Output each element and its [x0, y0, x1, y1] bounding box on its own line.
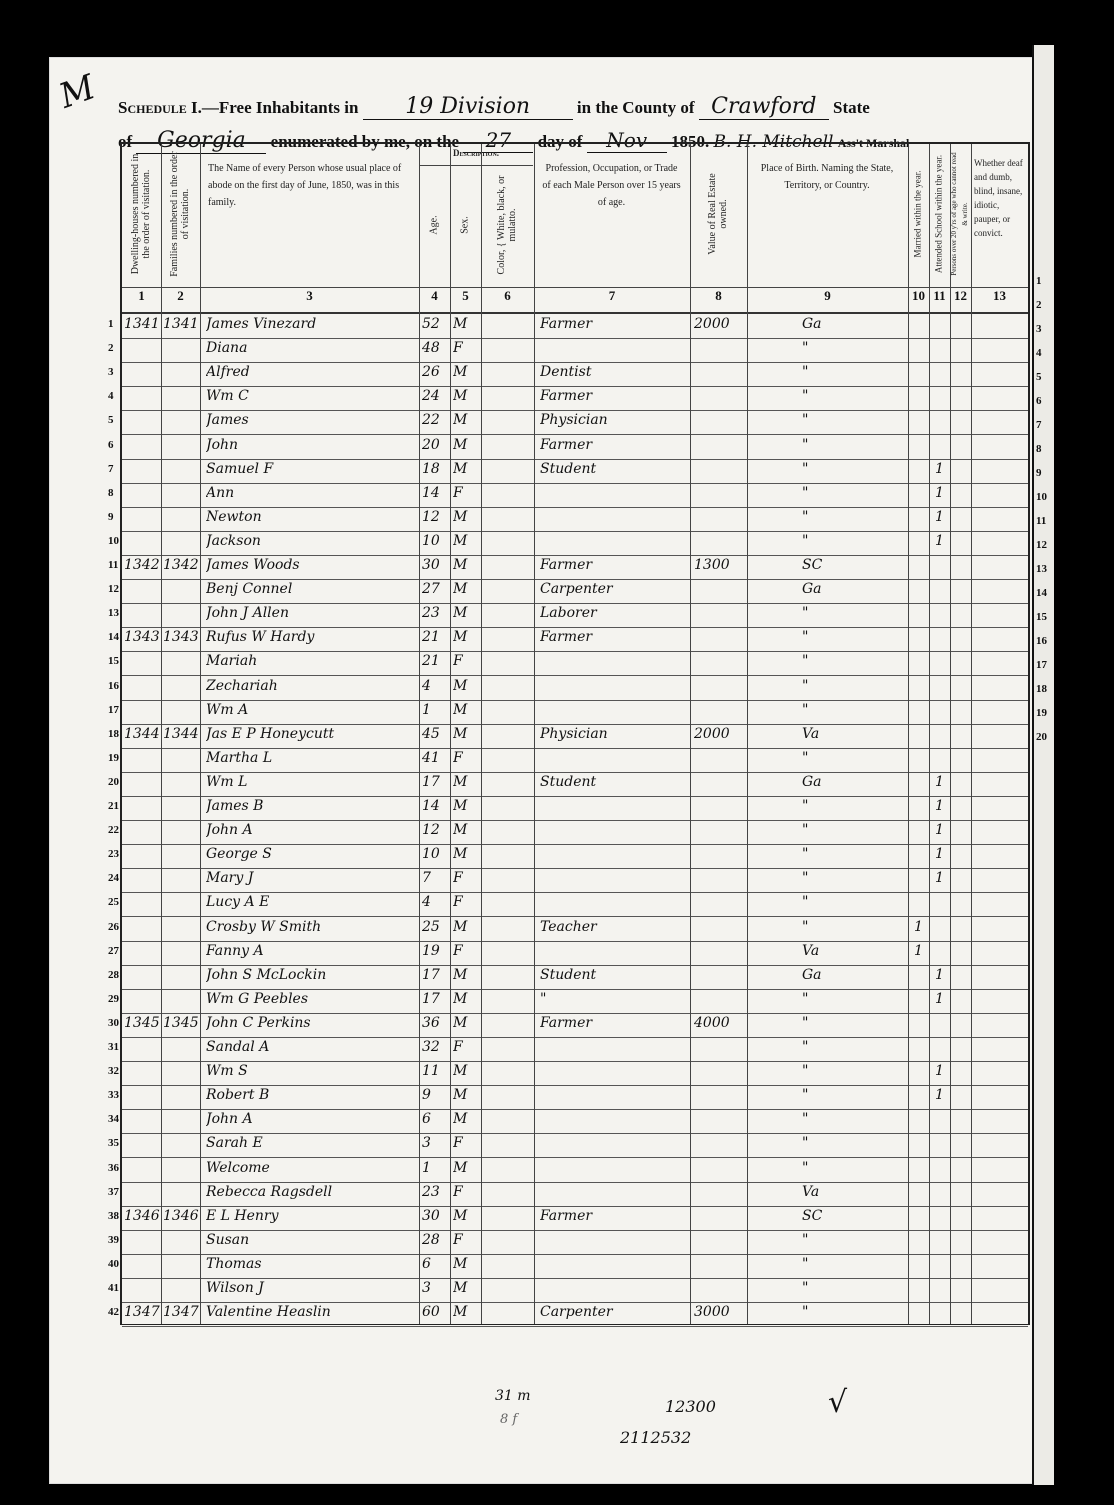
- cell-birthplace: ": [802, 412, 902, 428]
- strip-line-number: 16: [1036, 635, 1047, 647]
- strip-line-number: 20: [1036, 731, 1047, 743]
- table-row: 17Wm A1M": [122, 700, 1028, 725]
- cell-sex: M: [453, 509, 481, 525]
- cell-age: 52: [422, 316, 450, 332]
- cell-age: 20: [422, 437, 450, 453]
- column-number: 3: [200, 287, 419, 312]
- cell-age: 25: [422, 919, 450, 935]
- cell-occupation: Dentist: [540, 364, 690, 380]
- cell-dwelling: 1343: [124, 629, 160, 645]
- cell-birthplace: ": [802, 605, 902, 621]
- table-row: 26Crosby W Smith25MTeacher"1: [122, 917, 1028, 942]
- line-number: 1: [108, 318, 114, 330]
- cell-age: 3: [422, 1280, 450, 1296]
- census-table: Dwelling-houses numbered in the order of…: [120, 142, 1030, 1325]
- table-row: 1113421342James Woods30MFarmer1300SC: [122, 555, 1028, 580]
- cell-age: 6: [422, 1256, 450, 1272]
- cell-sex: M: [453, 605, 481, 621]
- cell-dwelling: 1344: [124, 726, 160, 742]
- cell-birthplace: ": [802, 1039, 902, 1055]
- strip-line-number: 10: [1036, 491, 1047, 503]
- column-number: 10: [908, 287, 929, 312]
- cell-sex: F: [453, 943, 481, 959]
- strip-line-number: 1: [1036, 275, 1042, 287]
- cell-real-estate: 3000: [694, 1304, 746, 1320]
- check-mark: √: [828, 1385, 847, 1420]
- tally-female: 8 f: [500, 1412, 517, 1427]
- cell-name: Valentine Heaslin: [206, 1304, 416, 1320]
- cell-sex: M: [453, 388, 481, 404]
- cell-birthplace: ": [802, 798, 902, 814]
- line-number: 6: [108, 439, 114, 451]
- column-divider: [971, 144, 972, 1324]
- strip-line-number: 18: [1036, 683, 1047, 695]
- cell-sex: M: [453, 581, 481, 597]
- cell-name: Sarah E: [206, 1135, 416, 1151]
- cell-birthplace: Ga: [802, 774, 902, 790]
- cell-sex: M: [453, 316, 481, 332]
- column-number: 7: [534, 287, 690, 312]
- col-header-dwelling: Dwelling-houses numbered in the order of…: [122, 144, 160, 284]
- line-number: 22: [108, 824, 119, 836]
- column-divider: [481, 144, 482, 1324]
- cell-sex: M: [453, 967, 481, 983]
- cell-occupation: Student: [540, 774, 690, 790]
- line-number: 4: [108, 390, 114, 402]
- cell-real-estate: 4000: [694, 1015, 746, 1031]
- cell-name: Benj Connel: [206, 581, 416, 597]
- cell-birthplace: ": [802, 991, 902, 1007]
- cell-occupation: Student: [540, 461, 690, 477]
- table-row: 113411341James Vinezard52MFarmer2000Ga: [122, 314, 1028, 339]
- cell-name: Martha L: [206, 750, 416, 766]
- cell-age: 11: [422, 1063, 450, 1079]
- cell-sex: M: [453, 774, 481, 790]
- cell-name: James Woods: [206, 557, 416, 573]
- cell-real-estate: 2000: [694, 726, 746, 742]
- cell-occupation: Farmer: [540, 1208, 690, 1224]
- cell-birthplace: ": [802, 919, 902, 935]
- column-divider: [450, 144, 451, 1324]
- cell-sex: M: [453, 1160, 481, 1176]
- cell-occupation: Farmer: [540, 557, 690, 573]
- line-number: 24: [108, 872, 119, 884]
- cell-real-estate: 1300: [694, 557, 746, 573]
- cell-family: 1347: [163, 1304, 199, 1320]
- cell-birthplace: ": [802, 750, 902, 766]
- column-number: 2: [161, 287, 200, 312]
- cell-name: Mariah: [206, 653, 416, 669]
- cell-name: Zechariah: [206, 678, 416, 694]
- cell-age: 30: [422, 557, 450, 573]
- cell-name: Wm S: [206, 1063, 416, 1079]
- header-line-1: Schedule I.—Free Inhabitants in 19 Divis…: [118, 94, 870, 120]
- cell-age: 36: [422, 1015, 450, 1031]
- table-row: 15Mariah21F": [122, 651, 1028, 676]
- cell-name: James Vinezard: [206, 316, 416, 332]
- table-row: 36Welcome1M": [122, 1158, 1028, 1183]
- cell-age: 27: [422, 581, 450, 597]
- table-row: 3Alfred26MDentist": [122, 362, 1028, 387]
- cell-name: John A: [206, 822, 416, 838]
- cell-birthplace: ": [802, 822, 902, 838]
- table-row: 27Fanny A19FVa1: [122, 941, 1028, 966]
- cell-name: Mary J: [206, 870, 416, 886]
- table-row: 40Thomas6M": [122, 1254, 1028, 1279]
- cell-birthplace: Ga: [802, 581, 902, 597]
- cell-name: Wm L: [206, 774, 416, 790]
- line-number: 16: [108, 680, 119, 692]
- cell-age: 48: [422, 340, 450, 356]
- cell-occupation: Laborer: [540, 605, 690, 621]
- strip-line-number: 5: [1036, 371, 1042, 383]
- column-number: 5: [450, 287, 481, 312]
- table-row: 33Robert B9M"1: [122, 1085, 1028, 1110]
- column-number: 6: [481, 287, 534, 312]
- cell-name: Robert B: [206, 1087, 416, 1103]
- cell-sex: M: [453, 364, 481, 380]
- col-header-married: Married within the year.: [908, 144, 928, 284]
- cell-sex: M: [453, 461, 481, 477]
- cell-sex: M: [453, 991, 481, 1007]
- cell-sex: M: [453, 412, 481, 428]
- cell-age: 9: [422, 1087, 450, 1103]
- cell-age: 10: [422, 846, 450, 862]
- cell-family: 1341: [163, 316, 199, 332]
- strip-line-number: 14: [1036, 587, 1047, 599]
- line-number: 21: [108, 800, 119, 812]
- cell-occupation: Student: [540, 967, 690, 983]
- cell-occupation: Physician: [540, 726, 690, 742]
- cell-birthplace: ": [802, 846, 902, 862]
- cell-sex: M: [453, 437, 481, 453]
- cell-family: 1346: [163, 1208, 199, 1224]
- cell-age: 14: [422, 485, 450, 501]
- cell-name: John A: [206, 1111, 416, 1127]
- cell-birthplace: ": [802, 533, 902, 549]
- cell-name: James: [206, 412, 416, 428]
- cell-name: James B: [206, 798, 416, 814]
- table-row: 35Sarah E3F": [122, 1133, 1028, 1158]
- cell-birthplace: Va: [802, 726, 902, 742]
- column-number: 4: [419, 287, 450, 312]
- line-number: 28: [108, 969, 119, 981]
- cell-birthplace: ": [802, 1087, 902, 1103]
- cell-name: John: [206, 437, 416, 453]
- cell-name: Sandal A: [206, 1039, 416, 1055]
- cell-married: 1: [914, 943, 928, 959]
- column-number: 9: [747, 287, 908, 312]
- line-number: 20: [108, 776, 119, 788]
- col-header-illiterate: Persons over 20 y'rs of age who cannot r…: [950, 144, 970, 284]
- cell-age: 22: [422, 412, 450, 428]
- cell-birthplace: Ga: [802, 967, 902, 983]
- film-number: 2112532: [620, 1428, 691, 1447]
- strip-line-number: 3: [1036, 323, 1042, 335]
- cell-name: Jackson: [206, 533, 416, 549]
- line-number: 14: [108, 631, 119, 643]
- cell-school: 1: [935, 485, 949, 501]
- cell-occupation: Farmer: [540, 316, 690, 332]
- line-number: 9: [108, 511, 114, 523]
- table-row: 16Zechariah4M": [122, 676, 1028, 701]
- column-divider: [161, 144, 162, 1324]
- table-row: 34John A6M": [122, 1109, 1028, 1134]
- line-number: 7: [108, 463, 114, 475]
- cell-age: 12: [422, 822, 450, 838]
- real-estate-total: 12300: [665, 1397, 716, 1416]
- table-row: 7Samuel F18MStudent"1: [122, 459, 1028, 484]
- cell-school: 1: [935, 991, 949, 1007]
- cell-age: 60: [422, 1304, 450, 1320]
- cell-name: Wm G Peebles: [206, 991, 416, 1007]
- tally-male: 31 m: [495, 1388, 531, 1404]
- line-number: 25: [108, 896, 119, 908]
- line-number: 33: [108, 1089, 119, 1101]
- cell-school: 1: [935, 533, 949, 549]
- table-row: 1413431343Rufus W Hardy21MFarmer": [122, 627, 1028, 652]
- cell-family: 1344: [163, 726, 199, 742]
- col-header-sex: Sex.: [450, 166, 480, 284]
- cell-name: Ann: [206, 485, 416, 501]
- schedule-label: Schedule I.: [118, 98, 202, 117]
- strip-line-number: 17: [1036, 659, 1047, 671]
- table-row: 2Diana48F": [122, 338, 1028, 363]
- column-number: 1: [122, 287, 161, 312]
- col-header-age: Age.: [419, 166, 449, 284]
- cell-birthplace: ": [802, 437, 902, 453]
- cell-name: Rebecca Ragsdell: [206, 1184, 416, 1200]
- cell-sex: M: [453, 557, 481, 573]
- cell-name: Fanny A: [206, 943, 416, 959]
- strip-line-number: 2: [1036, 299, 1042, 311]
- cell-sex: M: [453, 1063, 481, 1079]
- cell-school: 1: [935, 461, 949, 477]
- line-number: 37: [108, 1186, 119, 1198]
- cell-dwelling: 1347: [124, 1304, 160, 1320]
- cell-sex: M: [453, 1111, 481, 1127]
- line-number: 41: [108, 1282, 119, 1294]
- cell-birthplace: ": [802, 485, 902, 501]
- cell-sex: M: [453, 798, 481, 814]
- cell-sex: M: [453, 1015, 481, 1031]
- col-header-school: Attended School within the year.: [929, 144, 949, 284]
- cell-birthplace: ": [802, 1304, 902, 1320]
- cell-dwelling: 1342: [124, 557, 160, 573]
- cell-sex: M: [453, 533, 481, 549]
- cell-birthplace: ": [802, 1280, 902, 1296]
- cell-age: 24: [422, 388, 450, 404]
- column-divider: [200, 144, 201, 1324]
- cell-age: 1: [422, 702, 450, 718]
- cell-school: 1: [935, 967, 949, 983]
- strip-line-number: 7: [1036, 419, 1042, 431]
- line-number: 10: [108, 535, 119, 547]
- cell-sex: F: [453, 870, 481, 886]
- table-row: 4Wm C24MFarmer": [122, 386, 1028, 411]
- cell-sex: F: [453, 485, 481, 501]
- cell-age: 23: [422, 1184, 450, 1200]
- cell-real-estate: 2000: [694, 316, 746, 332]
- table-row: 23George S10M"1: [122, 844, 1028, 869]
- cell-birthplace: ": [802, 1232, 902, 1248]
- cell-sex: M: [453, 919, 481, 935]
- cell-birthplace: ": [802, 1015, 902, 1031]
- cell-name: E L Henry: [206, 1208, 416, 1224]
- cell-birthplace: ": [802, 1063, 902, 1079]
- table-row: 31Sandal A32F": [122, 1037, 1028, 1062]
- cell-sex: F: [453, 340, 481, 356]
- cell-age: 32: [422, 1039, 450, 1055]
- strip-line-number: 13: [1036, 563, 1047, 575]
- cell-name: Lucy A E: [206, 894, 416, 910]
- cell-school: 1: [935, 870, 949, 886]
- cell-birthplace: ": [802, 1135, 902, 1151]
- cell-sex: M: [453, 1256, 481, 1272]
- county-field: Crawford: [699, 94, 829, 120]
- line-number: 2: [108, 342, 114, 354]
- cell-birthplace: ": [802, 388, 902, 404]
- col-header-color: Color, { White, black, or mulatto.: [481, 166, 533, 284]
- cell-sex: F: [453, 1184, 481, 1200]
- table-row: 28John S McLockin17MStudentGa1: [122, 965, 1028, 990]
- cell-name: Jas E P Honeycutt: [206, 726, 416, 742]
- strip-line-number: 15: [1036, 611, 1047, 623]
- cell-birthplace: ": [802, 1111, 902, 1127]
- table-row: 37Rebecca Ragsdell23FVa: [122, 1182, 1028, 1207]
- table-row: 21James B14M"1: [122, 796, 1028, 821]
- cell-birthplace: Va: [802, 943, 902, 959]
- cell-age: 4: [422, 894, 450, 910]
- cell-age: 17: [422, 991, 450, 1007]
- cell-occupation: Farmer: [540, 437, 690, 453]
- cell-birthplace: ": [802, 461, 902, 477]
- cell-name: Diana: [206, 340, 416, 356]
- table-row: 25Lucy A E4F": [122, 892, 1028, 917]
- cell-birthplace: SC: [802, 557, 902, 573]
- table-row: 20Wm L17MStudentGa1: [122, 772, 1028, 797]
- cell-age: 21: [422, 629, 450, 645]
- cell-married: 1: [914, 919, 928, 935]
- cell-sex: M: [453, 629, 481, 645]
- cell-sex: M: [453, 1304, 481, 1320]
- cell-school: 1: [935, 1063, 949, 1079]
- cell-sex: M: [453, 1208, 481, 1224]
- table-row: 19Martha L41F": [122, 748, 1028, 773]
- description-group-label: Description.: [419, 144, 533, 166]
- cell-age: 45: [422, 726, 450, 742]
- col-header-disability: Whether deaf and dumb, blind, insane, id…: [971, 144, 1028, 284]
- line-number: 12: [108, 583, 119, 595]
- col-header-real-estate: Value of Real Estate owned.: [690, 144, 746, 284]
- column-divider: [690, 144, 691, 1324]
- column-number: 8: [690, 287, 747, 312]
- cell-school: 1: [935, 774, 949, 790]
- adjacent-page-strip: 1234567891011121314151617181920: [1032, 45, 1054, 1485]
- cell-age: 12: [422, 509, 450, 525]
- strip-line-number: 9: [1036, 467, 1042, 479]
- strip-line-number: 19: [1036, 707, 1047, 719]
- cell-family: 1343: [163, 629, 199, 645]
- cell-birthplace: ": [802, 1256, 902, 1272]
- cell-name: Wm A: [206, 702, 416, 718]
- cell-age: 19: [422, 943, 450, 959]
- strip-line-number: 8: [1036, 443, 1042, 455]
- table-row: 41Wilson J3M": [122, 1278, 1028, 1303]
- cell-name: John C Perkins: [206, 1015, 416, 1031]
- cell-age: 7: [422, 870, 450, 886]
- line-number: 3: [108, 366, 114, 378]
- cell-birthplace: ": [802, 629, 902, 645]
- column-divider: [929, 144, 930, 1324]
- cell-age: 17: [422, 774, 450, 790]
- table-row: 39Susan28F": [122, 1230, 1028, 1255]
- line-number: 27: [108, 945, 119, 957]
- cell-birthplace: Ga: [802, 316, 902, 332]
- cell-school: 1: [935, 846, 949, 862]
- cell-sex: M: [453, 702, 481, 718]
- table-row: 24Mary J7F"1: [122, 868, 1028, 893]
- cell-family: 1345: [163, 1015, 199, 1031]
- col-header-birthplace: Place of Birth. Naming the State, Territ…: [747, 144, 907, 284]
- cell-school: 1: [935, 1087, 949, 1103]
- column-divider: [950, 144, 951, 1324]
- line-number: 17: [108, 704, 119, 716]
- col-header-occupation: Profession, Occupation, or Trade of each…: [534, 144, 689, 284]
- cell-school: 1: [935, 798, 949, 814]
- cell-occupation: Farmer: [540, 629, 690, 645]
- column-divider: [534, 144, 535, 1324]
- cell-name: Susan: [206, 1232, 416, 1248]
- table-row: 22John A12M"1: [122, 820, 1028, 845]
- cell-occupation: Farmer: [540, 1015, 690, 1031]
- cell-school: 1: [935, 509, 949, 525]
- cell-birthplace: ": [802, 509, 902, 525]
- table-row: 12Benj Connel27MCarpenterGa: [122, 579, 1028, 604]
- cell-age: 23: [422, 605, 450, 621]
- cell-name: Samuel F: [206, 461, 416, 477]
- cell-name: Rufus W Hardy: [206, 629, 416, 645]
- table-row: 8Ann14F"1: [122, 483, 1028, 508]
- cell-family: 1342: [163, 557, 199, 573]
- line-number: 32: [108, 1065, 119, 1077]
- cell-occupation: Farmer: [540, 388, 690, 404]
- line-number: 8: [108, 487, 114, 499]
- cell-name: Welcome: [206, 1160, 416, 1176]
- table-row: 1813441344Jas E P Honeycutt45MPhysician2…: [122, 724, 1028, 749]
- cell-name: Crosby W Smith: [206, 919, 416, 935]
- cell-age: 1: [422, 1160, 450, 1176]
- cell-age: 14: [422, 798, 450, 814]
- cell-age: 41: [422, 750, 450, 766]
- cell-sex: F: [453, 1232, 481, 1248]
- cell-dwelling: 1346: [124, 1208, 160, 1224]
- cell-occupation: Carpenter: [540, 581, 690, 597]
- table-row: 13John J Allen23MLaborer": [122, 603, 1028, 628]
- cell-name: Wm C: [206, 388, 416, 404]
- line-number: 29: [108, 993, 119, 1005]
- table-row: 3013451345John C Perkins36MFarmer4000": [122, 1013, 1028, 1038]
- cell-birthplace: Va: [802, 1184, 902, 1200]
- table-row: 4213471347Valentine Heaslin60MCarpenter3…: [122, 1302, 1028, 1327]
- cell-age: 4: [422, 678, 450, 694]
- line-number: 42: [108, 1306, 119, 1318]
- line-number: 26: [108, 921, 119, 933]
- cell-age: 6: [422, 1111, 450, 1127]
- cell-age: 26: [422, 364, 450, 380]
- line-number: 39: [108, 1234, 119, 1246]
- cell-birthplace: ": [802, 702, 902, 718]
